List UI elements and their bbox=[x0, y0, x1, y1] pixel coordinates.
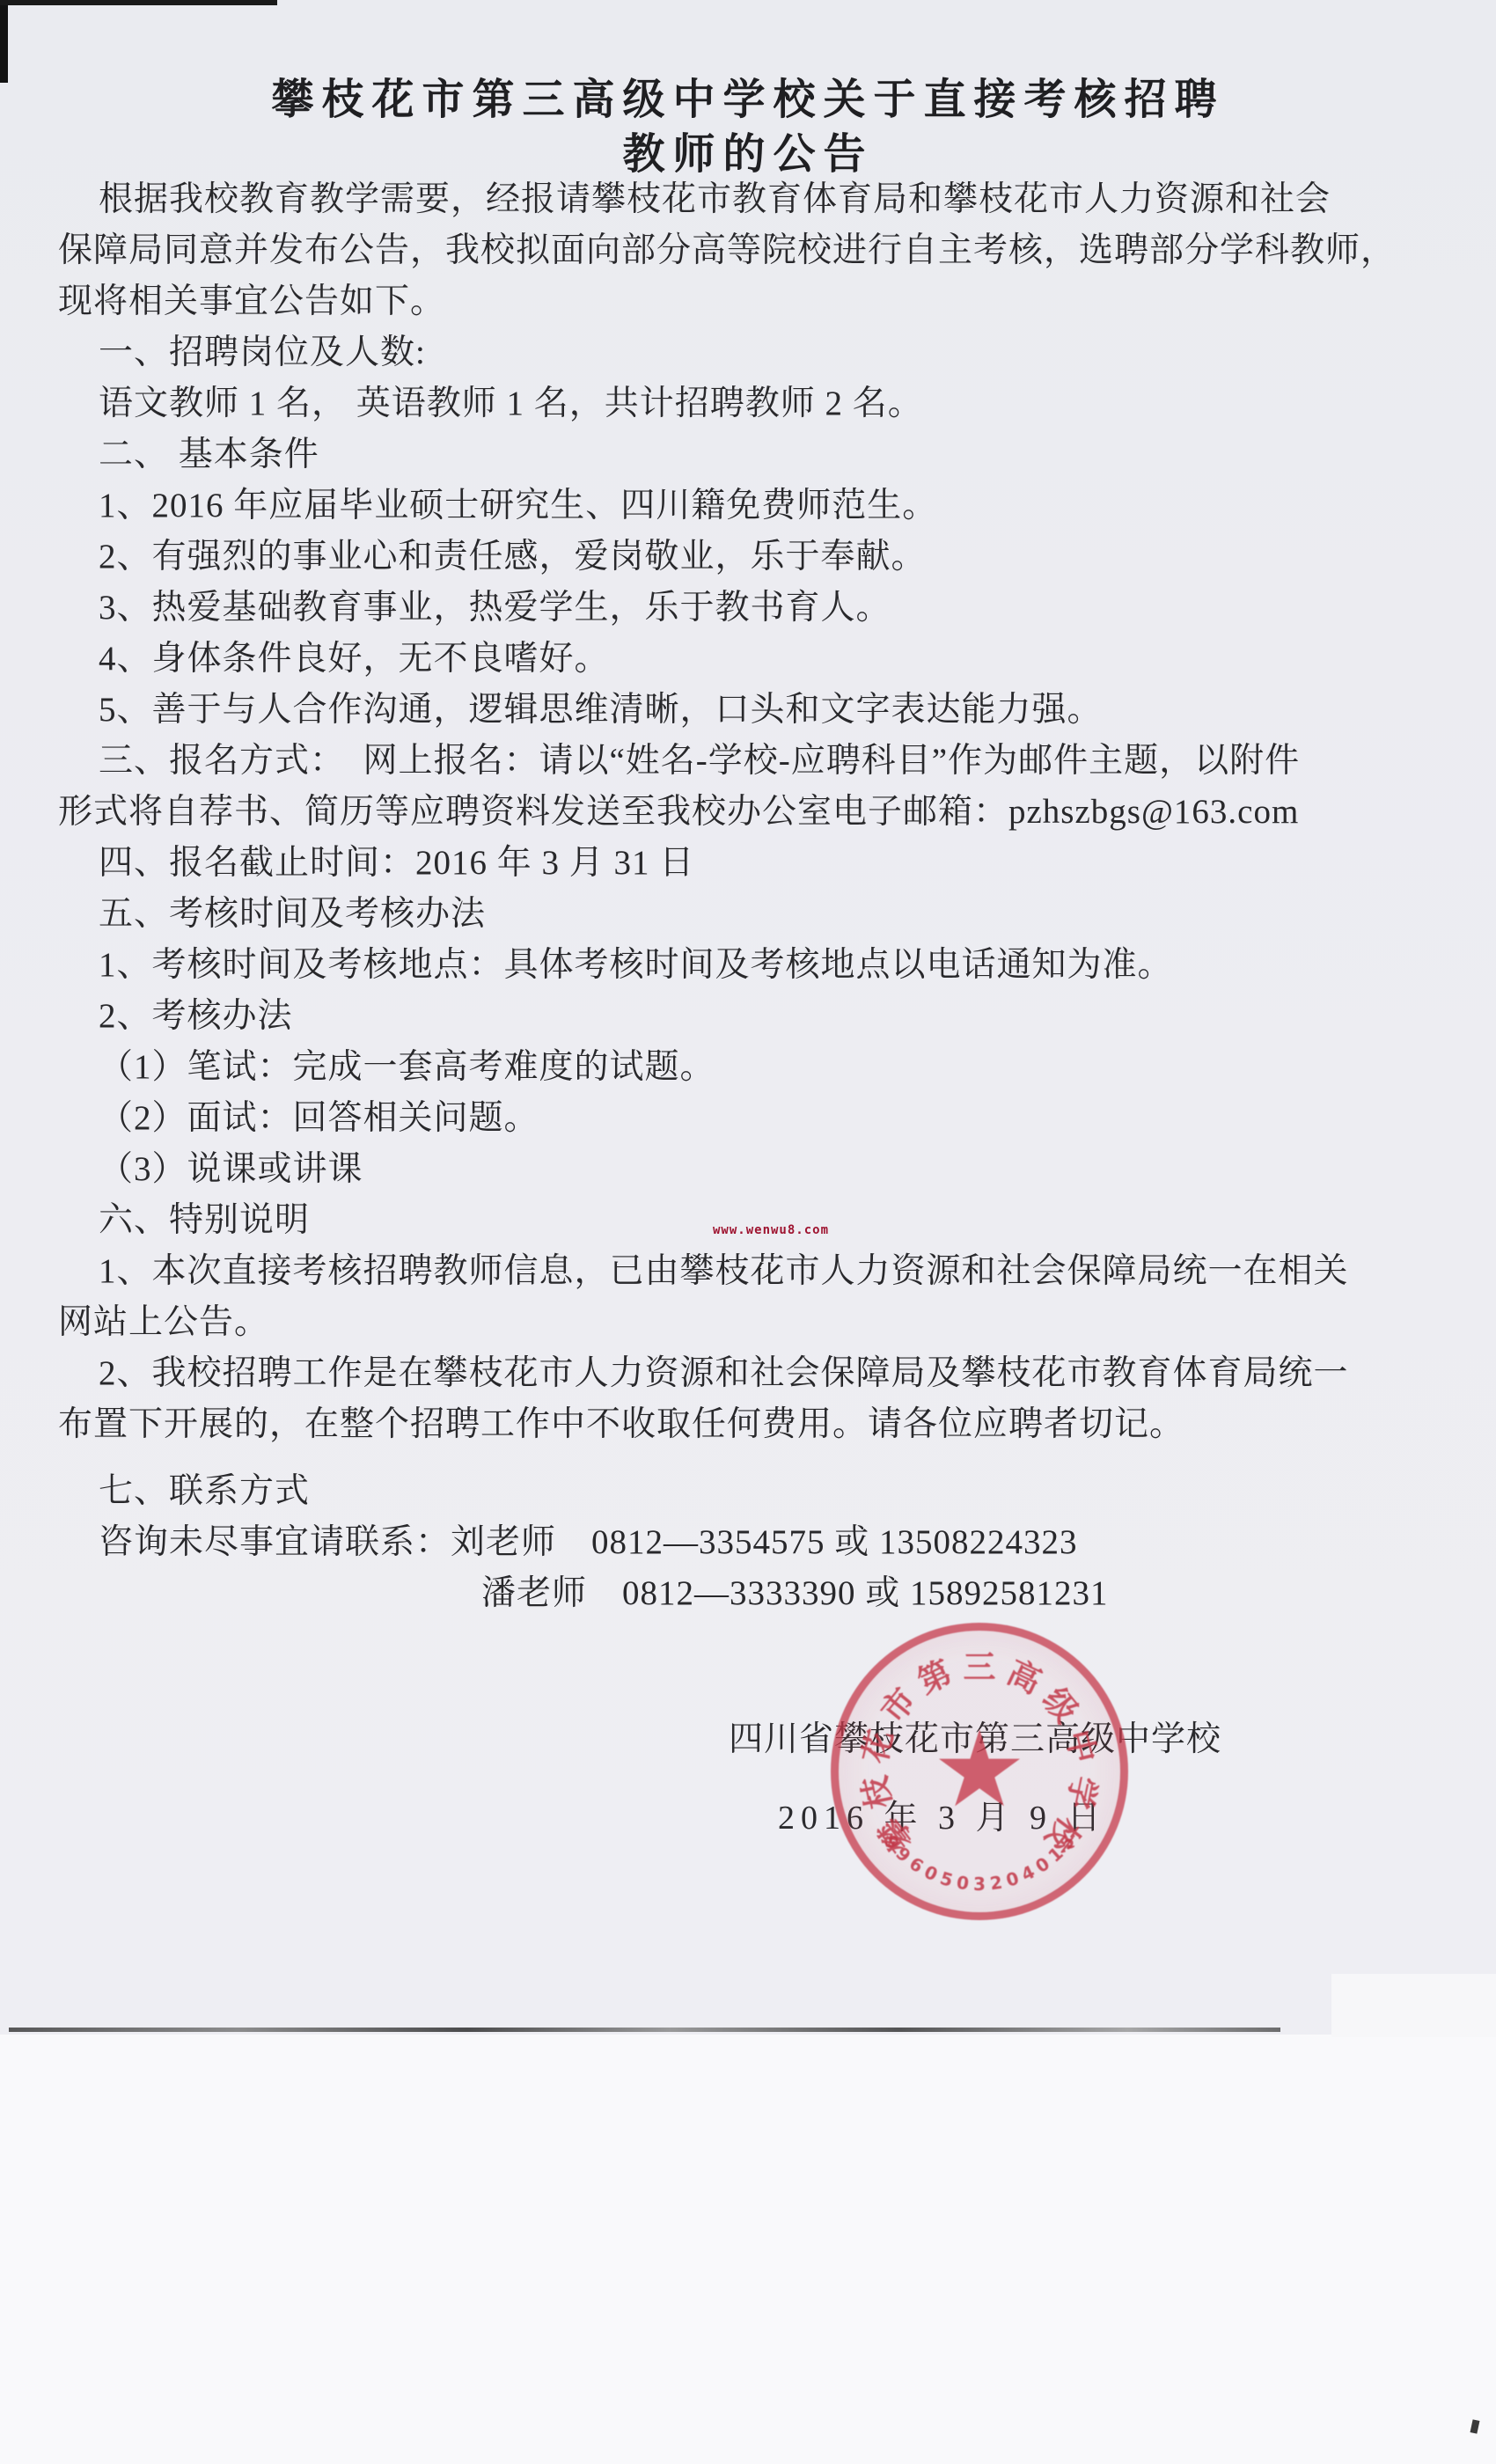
seal-serial-digit: 5 bbox=[937, 1867, 955, 1891]
paper-sheet: 攀枝花市第三高级中学校关于直接考核招聘 教师的公告 根据我校教育教学需要，经报请… bbox=[0, 0, 1496, 2035]
official-seal: 攀枝花市第三高级中学校 5104023050699 bbox=[831, 1623, 1128, 1920]
document-line: 1、考核时间及考核地点：具体考核时间及考核地点以电话通知为准。 bbox=[0, 940, 1496, 991]
document-line: 二、 基本条件 bbox=[0, 429, 1496, 480]
seal-ring-char: 花 bbox=[848, 1724, 902, 1767]
document-line: 语文教师 1 名， 英语教师 1 名，共计招聘教师 2 名。 bbox=[0, 378, 1496, 429]
scanner-background-corner bbox=[1331, 1974, 1496, 2037]
seal-star-icon bbox=[937, 1729, 1022, 1814]
seal-ring-char: 中 bbox=[1057, 1724, 1111, 1767]
scan-artifact-top-line bbox=[0, 0, 277, 5]
document-line: 一、招聘岗位及人数: bbox=[0, 327, 1496, 378]
document-line: 网站上公告。 bbox=[0, 1297, 1496, 1348]
document-title-line2: 教师的公告 bbox=[0, 120, 1496, 180]
document-line: 2、我校招聘工作是在攀枝花市人力资源和社会保障局及攀枝花市教育体育局统一 bbox=[0, 1348, 1496, 1399]
seal-serial-digit: 2 bbox=[988, 1872, 1003, 1895]
document-line: 四、报名截止时间：2016 年 3 月 31 日 bbox=[0, 838, 1496, 889]
document-line: （1）笔试：完成一套高考难度的试题。 bbox=[0, 1042, 1496, 1093]
document-line: 六、特别说明 bbox=[0, 1195, 1496, 1246]
scanner-background bbox=[0, 2035, 1496, 2464]
seal-ring-char: 高 bbox=[1001, 1646, 1051, 1703]
document-line: 2、考核办法 bbox=[0, 991, 1496, 1042]
document-line: 现将相关事宜公告如下。 bbox=[0, 276, 1496, 327]
document-line: 3、热爱基础教育事业，热爱学生，乐于教书育人。 bbox=[0, 583, 1496, 634]
document-line: 4、身体条件良好，无不良嗜好。 bbox=[0, 634, 1496, 685]
seal-serial-digit: 3 bbox=[973, 1874, 986, 1895]
document-title-line1: 攀枝花市第三高级中学校关于直接考核招聘 bbox=[0, 65, 1496, 126]
document-line: 三、报名方式： 网上报名：请以“姓名-学校-应聘科目”作为邮件主题，以附件 bbox=[0, 736, 1496, 787]
seal-ring-char: 学 bbox=[1058, 1772, 1111, 1814]
document-line: （3）说课或讲课 bbox=[0, 1144, 1496, 1195]
document-line: 根据我校教育教学需要，经报请攀枝花市教育体育局和攀枝花市人力资源和社会 bbox=[0, 174, 1496, 225]
document-line: 保障局同意并发布公告，我校拟面向部分高等院校进行自主考核，选聘部分学科教师， bbox=[0, 225, 1496, 276]
document-line: 布置下开展的，在整个招聘工作中不收取任何费用。请各位应聘者切记。 bbox=[0, 1399, 1496, 1450]
document-line: （2）面试：回答相关问题。 bbox=[0, 1093, 1496, 1144]
seal-ring-char: 级 bbox=[1034, 1676, 1091, 1731]
document-line: 5、善于与人合作沟通，逻辑思维清晰，口头和文字表达能力强。 bbox=[0, 685, 1496, 736]
document-line: 七、联系方式 bbox=[0, 1466, 1496, 1517]
seal-ring-char: 第 bbox=[908, 1646, 958, 1703]
document-body: 根据我校教育教学需要，经报请攀枝花市教育体育局和攀枝花市人力资源和社会保障局同意… bbox=[0, 174, 1496, 1619]
document-line: 1、本次直接考核招聘教师信息，已由攀枝花市人力资源和社会保障局统一在相关 bbox=[0, 1246, 1496, 1297]
seal-ring-char: 三 bbox=[964, 1640, 996, 1688]
seal-serial-digit: 0 bbox=[955, 1872, 970, 1895]
paper-edge-shadow bbox=[9, 2028, 1280, 2032]
document-line: 形式将自荐书、简历等应聘资料发送至我校办公室电子邮箱：pzhszbgs@163.… bbox=[0, 787, 1496, 838]
document-line: 2、有强烈的事业心和责任感，爱岗敬业，乐于奉献。 bbox=[0, 532, 1496, 583]
seal-ring-char: 市 bbox=[868, 1676, 925, 1731]
document-line: 五、考核时间及考核办法 bbox=[0, 889, 1496, 940]
document-line: 1、2016 年应届毕业硕士研究生、四川籍免费师范生。 bbox=[0, 480, 1496, 532]
document-line: 潘老师 0812—3333390 或 15892581231 bbox=[0, 1568, 1496, 1619]
watermark-url: www.wenwu8.com bbox=[713, 1223, 829, 1237]
seal-serial-digit: 0 bbox=[1003, 1867, 1021, 1891]
document-line: 咨询未尽事宜请联系：刘老师 0812—3354575 或 13508224323 bbox=[0, 1517, 1496, 1568]
seal-ring-char: 枝 bbox=[847, 1772, 900, 1814]
